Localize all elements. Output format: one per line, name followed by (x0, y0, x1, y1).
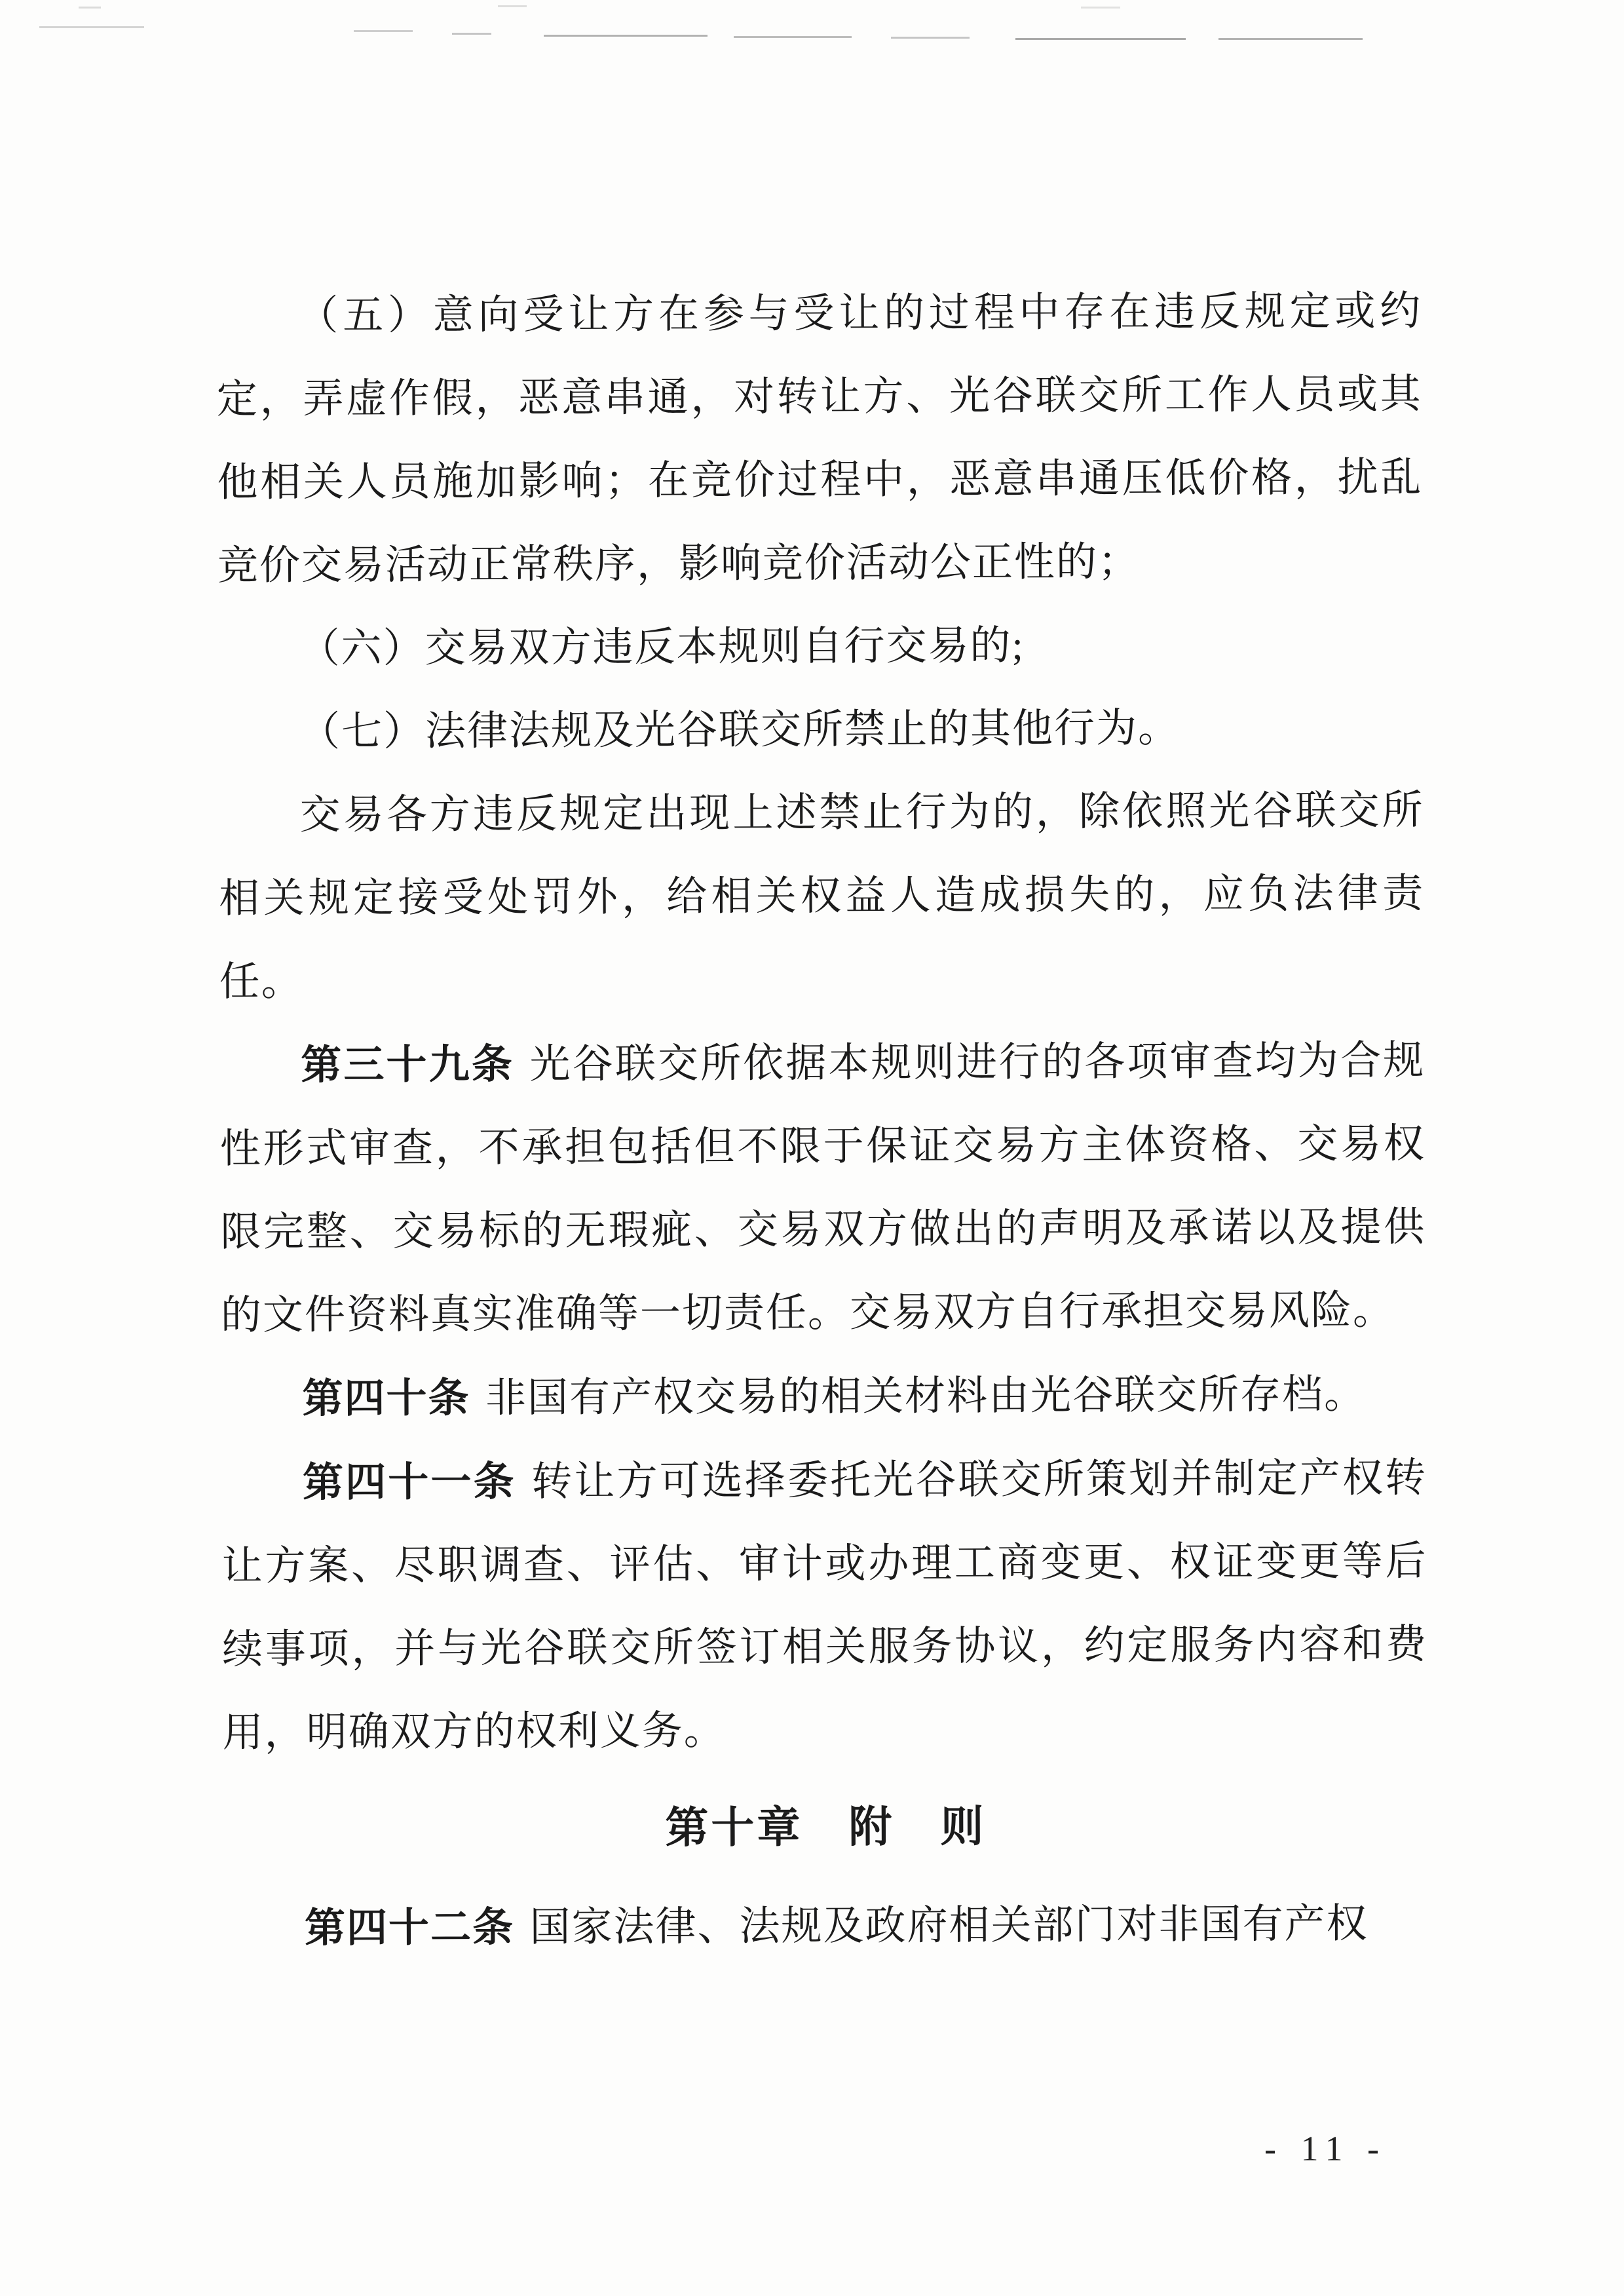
article-42-number: 第四十二条 (305, 1905, 514, 1951)
paragraph-text: 交易各方违反规定出现上述禁止行为的，除依照光谷联交所相关规定接受处罚外，给相关权… (219, 788, 1424, 1004)
article-42-paragraph: 第四十二条国家法律、法规及政府相关部门对非国有产权 (223, 1882, 1429, 1971)
article-40-paragraph: 第四十条非国有产权交易的相关材料由光谷联交所存档。 (221, 1352, 1427, 1442)
scan-noise-dash (891, 37, 970, 39)
article-41-number: 第四十一条 (303, 1459, 516, 1505)
clause-text: （六）交易双方违反本规则自行交易的; (299, 624, 1025, 672)
article-39-number: 第三十九条 (301, 1042, 514, 1088)
article-40-number: 第四十条 (302, 1375, 470, 1421)
chapter-heading: 第十章 附 则 (223, 1783, 1429, 1871)
scan-noise-dash (1081, 7, 1120, 9)
document-page: （五）意向受让方在参与受让的过程中存在违反规定或约定，弄虚作假，恶意串通，对转让… (0, 0, 1624, 2296)
scan-noise-dash (734, 36, 852, 38)
clause-text: （五）意向受让方在参与受让的过程中存在违反规定或约定，弄虚作假，恶意串通，对转让… (217, 289, 1423, 588)
scan-noise-dash (544, 35, 708, 37)
scan-noise-dash (1015, 38, 1186, 40)
scan-noise-dash (452, 33, 491, 35)
article-39-paragraph: 第三十九条光谷联交所依据本规则进行的各项审查均为合规性形式审查，不承担包括但不限… (219, 1019, 1426, 1358)
article-40-text: 非国有产权交易的相关材料由光谷联交所存档。 (485, 1372, 1366, 1421)
clause-item-7: （七）法律法规及光谷联交所禁止的其他行为。 (218, 686, 1424, 775)
article-42-text: 国家法律、法规及政府相关部门对非国有产权 (529, 1902, 1368, 1950)
scan-noise-dash (354, 30, 413, 32)
clause-item-6: （六）交易双方违反本规则自行交易的; (217, 603, 1424, 691)
scan-noise-dash (79, 7, 101, 9)
scan-noise-dash (39, 26, 144, 28)
document-body: （五）意向受让方在参与受让的过程中存在违反规定或约定，弄虚作假，恶意串通，对转让… (216, 270, 1429, 1971)
liability-paragraph: 交易各方违反规定出现上述禁止行为的，除依照光谷联交所相关规定接受处罚外，给相关权… (218, 769, 1425, 1024)
clause-text: （七）法律法规及光谷联交所禁止的其他行为。 (299, 706, 1180, 755)
scan-noise-dash (1218, 38, 1363, 40)
article-41-paragraph: 第四十一条转让方可选择委托光谷联交所策划并制定产权转让方案、尽职调查、评估、审计… (221, 1436, 1428, 1775)
page-number: - 11 - (1264, 2128, 1387, 2169)
clause-item-5: （五）意向受让方在参与受让的过程中存在违反规定或约定，弄虚作假，恶意串通，对转让… (216, 270, 1423, 608)
scan-noise-dash (498, 5, 527, 7)
